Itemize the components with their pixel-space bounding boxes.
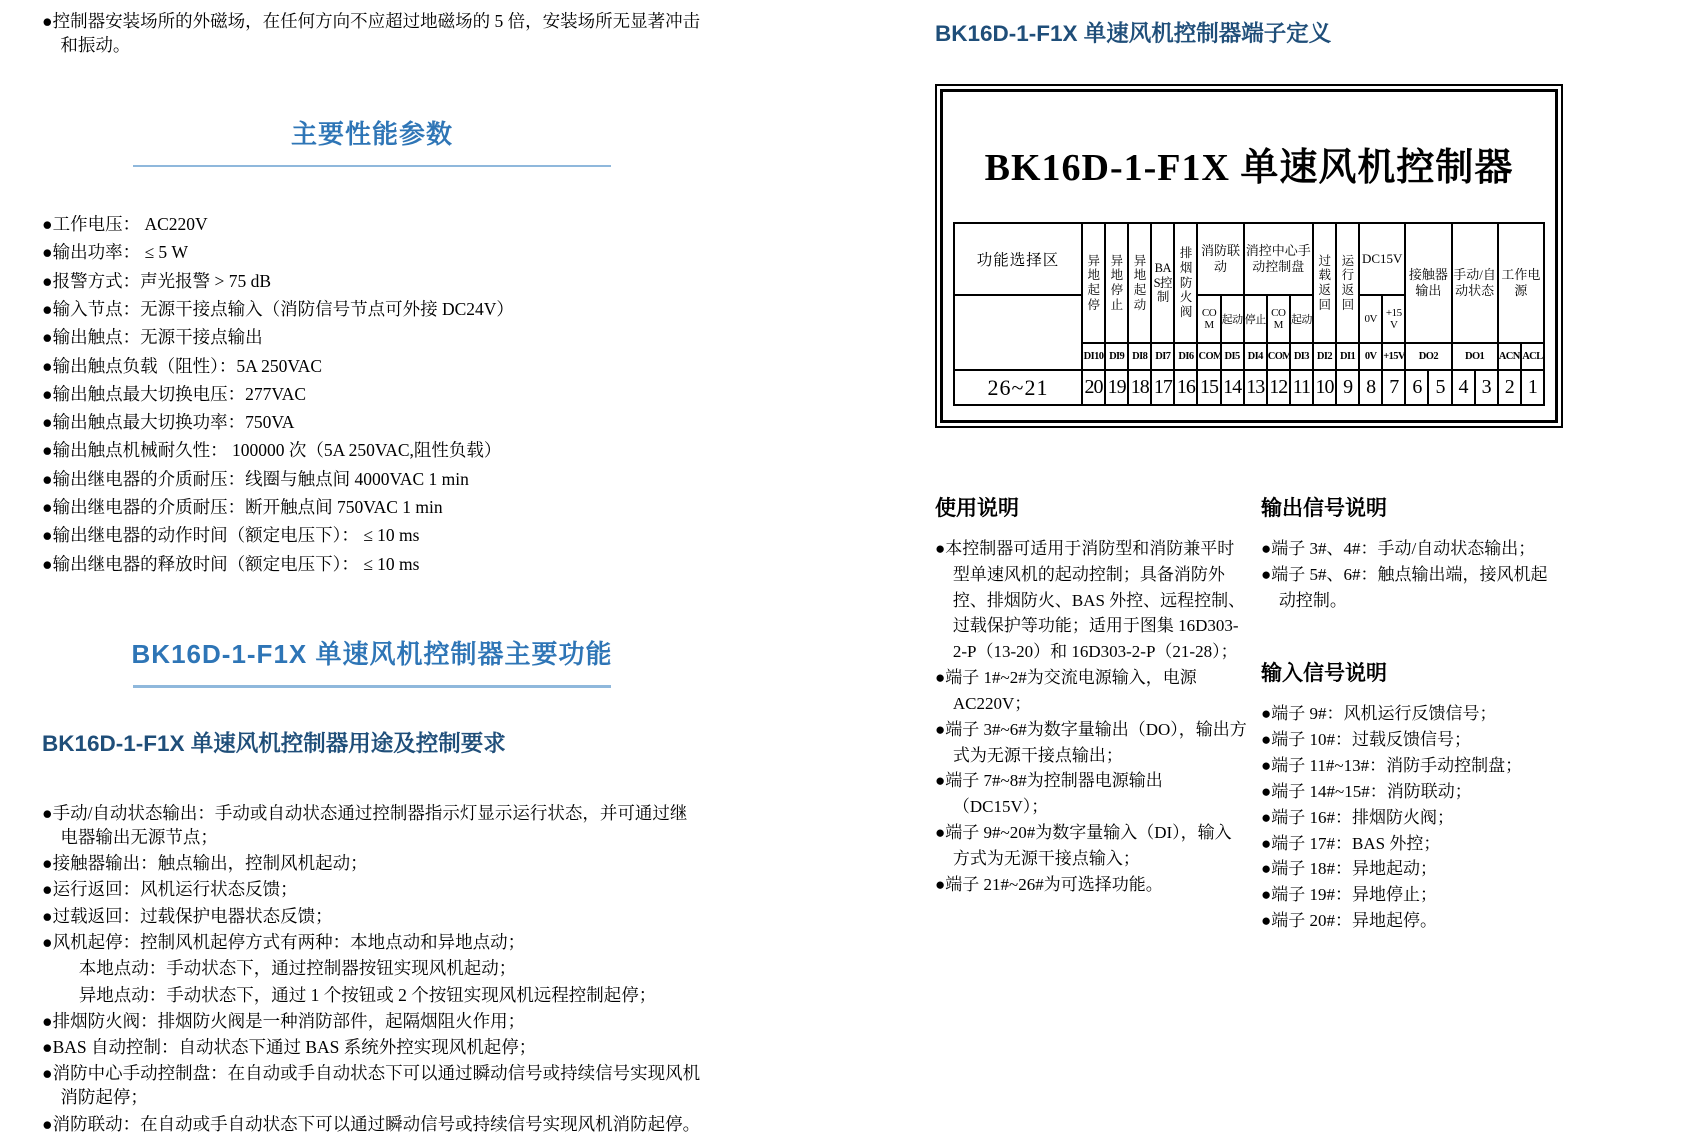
terminal-code: ACL xyxy=(1521,343,1544,370)
performance-rule xyxy=(133,165,611,168)
function-subitem: 异地点动：手动状态下，通过 1 个按钮或 2 个按钮实现风机远程控制起停； xyxy=(42,984,702,1008)
input-signals-heading: 输入信号说明 xyxy=(1261,657,1563,687)
terminal-number: 9 xyxy=(1336,370,1359,405)
terminal-code: DI5 xyxy=(1221,343,1244,370)
terminal-number: 2 xyxy=(1498,370,1521,405)
terminal-number-row: 26~21 20 19 18 17 16 15 14 13 12 11 10 xyxy=(954,370,1544,405)
intro-note: ●控制器安装场所的外磁场，在任何方向不应超过地磁场的 5 倍，安装场所无显著冲击… xyxy=(42,10,702,58)
terminal-header: 手动/自动状态 xyxy=(1452,223,1498,343)
terminal-definition-heading: BK16D-1-F1X 单速风机控制器端子定义 xyxy=(935,16,1563,48)
spec-item: ●输出触点最大切换电压：277VAC xyxy=(42,383,702,407)
usage-notes-heading: 使用说明 xyxy=(935,492,1247,522)
function-subitem: 本地点动：手动状态下，通过控制器按钮实现风机起动； xyxy=(42,957,702,981)
terminal-code: DI9 xyxy=(1105,343,1128,370)
terminal-header: 排烟防火阀 xyxy=(1174,223,1197,343)
terminal-sub-label: 停止 xyxy=(1244,295,1267,343)
terminal-number: 12 xyxy=(1267,370,1290,405)
input-signal-item: ●端子 11#~13#：消防手动控制盘； xyxy=(1261,753,1563,779)
terminal-number: 15 xyxy=(1197,370,1220,405)
input-signal-item: ●端子 10#：过载反馈信号； xyxy=(1261,727,1563,753)
spec-list: ●工作电压： AC220V ●输出功率： ≤ 5 W ●报警方式：声光报警 > … xyxy=(42,213,702,576)
terminal-number: 20 xyxy=(1082,370,1105,405)
functions-rule xyxy=(133,685,611,688)
terminal-group-header: 消防联动 xyxy=(1197,223,1243,295)
terminal-sub-label: COM xyxy=(1197,295,1220,343)
terminal-header: 异地起动 xyxy=(1128,223,1151,343)
input-signal-item: ●端子 16#：排烟防火阀； xyxy=(1261,805,1563,831)
spec-item: ●工作电压： AC220V xyxy=(42,213,702,237)
zone-blank-cell xyxy=(954,295,1082,370)
usage-note-item: ●端子 9#~20#为数字量输入（DI），输入方式为无源干接点输入； xyxy=(935,820,1247,872)
terminal-number: 13 xyxy=(1244,370,1267,405)
terminal-code: DI1 xyxy=(1336,343,1359,370)
terminal-code: DI8 xyxy=(1128,343,1151,370)
terminal-diagram-inner: BK16D-1-F1X 单速风机控制器 功能选择区 异地起停 异地停止 异地起 xyxy=(940,89,1558,423)
spec-item: ●输入节点：无源干接点输入（消防信号节点可外接 DC24V） xyxy=(42,298,702,322)
terminal-number: 6 xyxy=(1405,370,1428,405)
terminal-sub-label: 0V xyxy=(1359,295,1382,343)
terminal-code: DO1 xyxy=(1452,343,1498,370)
function-item: ●BAS 自动控制：自动状态下通过 BAS 系统外控实现风机起停； xyxy=(42,1036,702,1060)
usage-note-item: ●端子 3#~6#为数字量输出（DO），输出方式为无源干接点输出； xyxy=(935,717,1247,769)
terminal-code: COM2 xyxy=(1197,343,1220,370)
terminal-code: COM1 xyxy=(1267,343,1290,370)
output-signal-item: ●端子 3#、4#：手动/自动状态输出； xyxy=(1261,536,1563,562)
spec-item: ●输出继电器的释放时间（额定电压下）： ≤ 10 ms xyxy=(42,553,702,577)
terminal-number: 14 xyxy=(1221,370,1244,405)
terminal-sub-label: COM xyxy=(1267,295,1290,343)
spec-item: ●输出功率： ≤ 5 W xyxy=(42,241,702,265)
terminal-code: DI3 xyxy=(1290,343,1313,370)
terminal-code: DI4 xyxy=(1244,343,1267,370)
terminal-group-row: 功能选择区 异地起停 异地停止 异地起动 BAS控制 排烟防火阀 消防联动 消控… xyxy=(954,223,1544,295)
spec-item: ●报警方式：声光报警 > 75 dB xyxy=(42,270,702,294)
terminal-code: DI7 xyxy=(1151,343,1174,370)
input-signal-item: ●端子 19#：异地停止； xyxy=(1261,882,1563,908)
terminal-code: DI6 xyxy=(1174,343,1197,370)
terminal-header: 异地起停 xyxy=(1082,223,1105,343)
input-signal-item: ●端子 14#~15#：消防联动； xyxy=(1261,779,1563,805)
terminal-number: 1 xyxy=(1521,370,1544,405)
diagram-title: BK16D-1-F1X 单速风机控制器 xyxy=(953,136,1545,191)
terminal-number: 11 xyxy=(1290,370,1313,405)
functions-heading: BK16D-1-F1X 单速风机控制器主要功能 xyxy=(42,634,702,671)
terminal-sub-label: 起动 xyxy=(1290,295,1313,343)
terminal-code: DI10 xyxy=(1082,343,1105,370)
usage-note-item: ●端子 21#~26#为可选择功能。 xyxy=(935,872,1247,898)
terminal-number: 17 xyxy=(1151,370,1174,405)
usage-requirements-heading: BK16D-1-F1X 单速风机控制器用途及控制要求 xyxy=(42,726,702,758)
terminal-code: 0V xyxy=(1359,343,1382,370)
function-item: ●过载返回：过载保护电器状态反馈； xyxy=(42,905,702,929)
input-signal-item: ●端子 9#：风机运行反馈信号； xyxy=(1261,701,1563,727)
terminal-number: 18 xyxy=(1128,370,1151,405)
terminal-group-header: 消控中心手动控制盘 xyxy=(1244,223,1313,295)
terminal-code: ACN xyxy=(1498,343,1521,370)
input-signal-item: ●端子 17#：BAS 外控； xyxy=(1261,831,1563,857)
output-signals-heading: 输出信号说明 xyxy=(1261,492,1563,522)
terminal-header: BAS控制 xyxy=(1151,223,1174,343)
terminal-number: 5 xyxy=(1428,370,1451,405)
zone-numbers: 26~21 xyxy=(954,370,1082,405)
input-signal-item: ●端子 18#：异地起动； xyxy=(1261,856,1563,882)
terminal-number: 19 xyxy=(1105,370,1128,405)
terminal-sub-label: 起动 xyxy=(1221,295,1244,343)
left-column: ●控制器安装场所的外磁场，在任何方向不应超过地磁场的 5 倍，安装场所无显著冲击… xyxy=(42,10,702,1139)
function-item: ●消防联动：在自动或手自动状态下可以通过瞬动信号或持续信号实现风机消防起停。 xyxy=(42,1113,702,1137)
terminal-header: 运行返回 xyxy=(1336,223,1359,343)
terminal-header: 过载返回 xyxy=(1313,223,1336,343)
signals-section: 输出信号说明 ●端子 3#、4#：手动/自动状态输出； ●端子 5#、6#：触点… xyxy=(1261,492,1563,934)
usage-note-item: ●端子 7#~8#为控制器电源输出（DC15V）； xyxy=(935,768,1247,820)
usage-note-item: ●本控制器可适用于消防型和消防兼平时型单速风机的起动控制；具备消防外控、排烟防火… xyxy=(935,536,1247,665)
terminal-diagram: BK16D-1-F1X 单速风机控制器 功能选择区 异地起停 异地停止 异地起 xyxy=(935,84,1563,428)
function-item: ●风机起停：控制风机起停方式有两种：本地点动和异地点动； xyxy=(42,931,702,955)
terminal-number: 7 xyxy=(1382,370,1405,405)
spec-item: ●输出继电器的介质耐压：线圈与触点间 4000VAC 1 min xyxy=(42,468,702,492)
usage-notes-section: 使用说明 ●本控制器可适用于消防型和消防兼平时型单速风机的起动控制；具备消防外控… xyxy=(935,492,1247,934)
spec-item: ●输出继电器的介质耐压：断开触点间 750VAC 1 min xyxy=(42,496,702,520)
zone-label: 功能选择区 xyxy=(954,223,1082,295)
terminal-number: 16 xyxy=(1174,370,1197,405)
spec-item: ●输出触点机械耐久性： 100000 次（5A 250VAC,阻性负载） xyxy=(42,439,702,463)
performance-heading: 主要性能参数 xyxy=(42,114,702,151)
terminal-number: 8 xyxy=(1359,370,1382,405)
function-item: ●手动/自动状态输出：手动或自动状态通过控制器指示灯显示运行状态，并可通过继电器… xyxy=(42,802,702,850)
spec-item: ●输出触点负载（阻性）：5A 250VAC xyxy=(42,355,702,379)
terminal-sub-label: +15V xyxy=(1382,295,1405,343)
terminal-header: 异地停止 xyxy=(1105,223,1128,343)
terminal-group-header: DC15V xyxy=(1359,223,1405,295)
function-item: ●排烟防火阀：排烟防火阀是一种消防部件，起隔烟阻火作用； xyxy=(42,1010,702,1034)
notes-row: 使用说明 ●本控制器可适用于消防型和消防兼平时型单速风机的起动控制；具备消防外控… xyxy=(935,492,1563,934)
function-item: ●接触器输出：触点输出，控制风机起动； xyxy=(42,852,702,876)
right-column: BK16D-1-F1X 单速风机控制器端子定义 BK16D-1-F1X 单速风机… xyxy=(935,12,1563,934)
terminal-code: +15V xyxy=(1382,343,1405,370)
terminal-number: 4 xyxy=(1452,370,1475,405)
function-item: ●运行返回：风机运行状态反馈； xyxy=(42,878,702,902)
terminal-code: DI2 xyxy=(1313,343,1336,370)
terminal-number: 10 xyxy=(1313,370,1336,405)
input-signal-item: ●端子 20#：异地起停。 xyxy=(1261,908,1563,934)
terminal-number: 3 xyxy=(1475,370,1498,405)
spec-item: ●输出触点最大切换功率：750VA xyxy=(42,411,702,435)
usage-note-item: ●端子 1#~2#为交流电源输入，电源 AC220V； xyxy=(935,665,1247,717)
terminal-code: DO2 xyxy=(1405,343,1451,370)
terminal-header: 工作电源 xyxy=(1498,223,1544,343)
terminal-header: 接触器输出 xyxy=(1405,223,1451,343)
terminal-table: 功能选择区 异地起停 异地停止 异地起动 BAS控制 排烟防火阀 消防联动 消控… xyxy=(953,222,1545,406)
function-list: ●手动/自动状态输出：手动或自动状态通过控制器指示灯显示运行状态，并可通过继电器… xyxy=(42,802,702,1136)
output-signal-item: ●端子 5#、6#：触点输出端，接风机起动控制。 xyxy=(1261,562,1563,614)
spec-item: ●输出继电器的动作时间（额定电压下）： ≤ 10 ms xyxy=(42,524,702,548)
spec-item: ●输出触点：无源干接点输出 xyxy=(42,326,702,350)
function-item: ●消防中心手动控制盘：在自动或手自动状态下可以通过瞬动信号或持续信号实现风机消防… xyxy=(42,1062,702,1110)
terminal-table-wrap: 功能选择区 异地起停 异地停止 异地起动 BAS控制 排烟防火阀 消防联动 消控… xyxy=(953,222,1545,406)
